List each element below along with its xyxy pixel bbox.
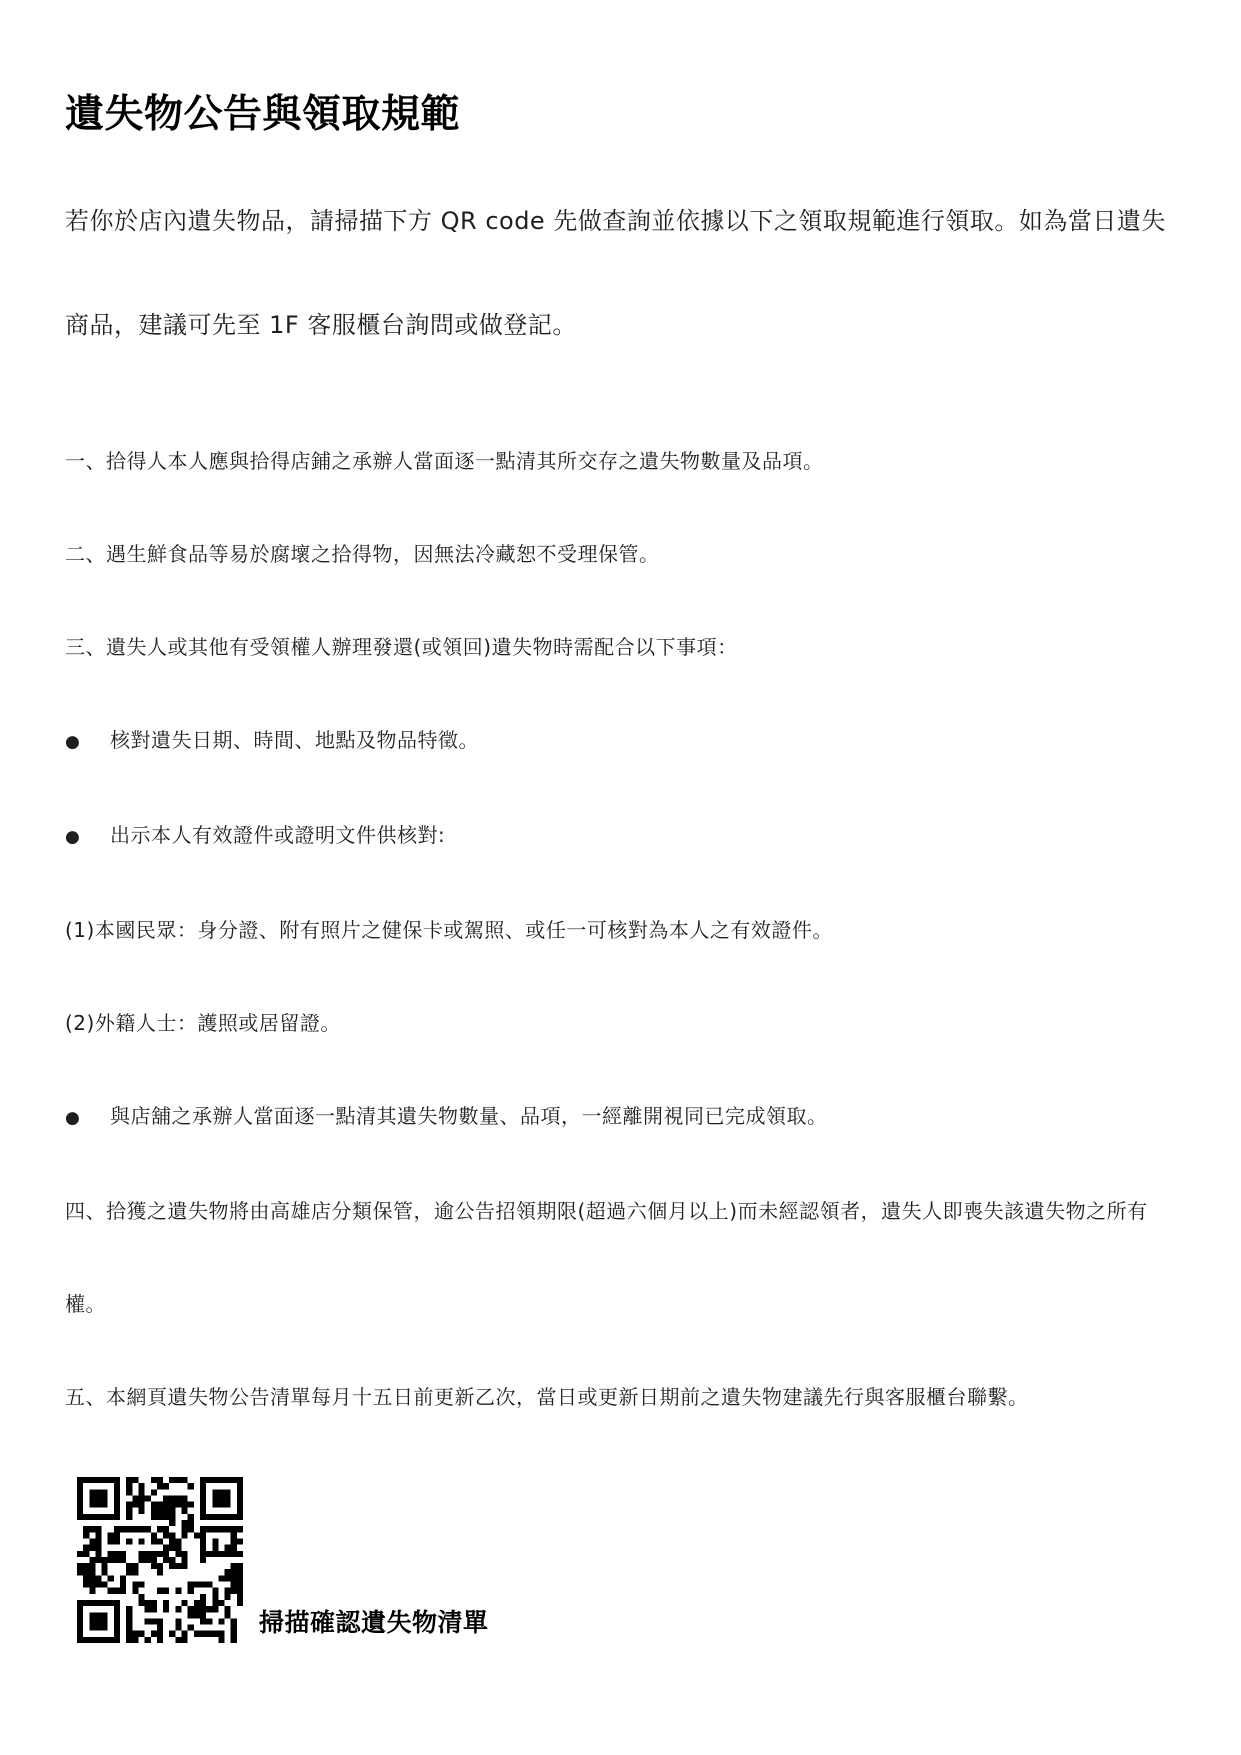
qr-caption: 掃描確認遺失物清單 [259, 1603, 489, 1639]
rule-item: 五、本網頁遺失物公告清單每月十五日前更新乙次，當日或更新日期前之遺失物建議先行與… [65, 1351, 1181, 1444]
page-content: 遺失物公告與領取規範 若你於店內遺失物品，請掃描下方 QR code 先做查詢並… [0, 0, 1241, 1643]
rule-item: (1)本國民眾：身分證、附有照片之健保卡或駕照、或任一可核對為本人之有效證件。 [65, 884, 1181, 977]
bullet-item-text: 與店舖之承辦人當面逐一點清其遺失物數量、品項，一經離開視同已完成領取。 [110, 1070, 1181, 1163]
bullet-item: ●出示本人有效證件或證明文件供核對: [65, 789, 1181, 884]
lost-and-found-notice-page: 遺失物公告與領取規範 若你於店內遺失物品，請掃描下方 QR code 先做查詢並… [0, 0, 1241, 1755]
rule-item: 四、拾獲之遺失物將由高雄店分類保管，逾公告招領期限(超過六個月以上)而未經認領者… [65, 1165, 1181, 1351]
qr-section: 掃描確認遺失物清單 [77, 1477, 1181, 1643]
page-title: 遺失物公告與領取規範 [65, 0, 1181, 139]
intro-paragraph: 若你於店內遺失物品，請掃描下方 QR code 先做查詢並依據以下之領取規範進行… [65, 169, 1181, 377]
bullet-item-text: 出示本人有效證件或證明文件供核對: [110, 789, 1181, 882]
rule-item: (2)外籍人士：護照或居留證。 [65, 977, 1181, 1070]
rule-item: 三、遺失人或其他有受領權人辦理發還(或領回)遺失物時需配合以下事項： [65, 601, 1181, 694]
rule-item: 一、拾得人本人應與拾得店鋪之承辦人當面逐一點清其所交存之遺失物數量及品項。 [65, 415, 1181, 508]
bullet-icon: ● [65, 1072, 110, 1165]
bullet-item: ●核對遺失日期、時間、地點及物品特徵。 [65, 694, 1181, 789]
rules-list: 一、拾得人本人應與拾得店鋪之承辦人當面逐一點清其所交存之遺失物數量及品項。二、遇… [65, 415, 1181, 1444]
bullet-item-text: 核對遺失日期、時間、地點及物品特徵。 [110, 694, 1181, 787]
bullet-item: ●與店舖之承辦人當面逐一點清其遺失物數量、品項，一經離開視同已完成領取。 [65, 1070, 1181, 1165]
qr-code-image [77, 1477, 243, 1643]
bullet-icon: ● [65, 696, 110, 789]
rule-item: 二、遇生鮮食品等易於腐壞之拾得物，因無法冷藏恕不受理保管。 [65, 508, 1181, 601]
bullet-icon: ● [65, 791, 110, 884]
